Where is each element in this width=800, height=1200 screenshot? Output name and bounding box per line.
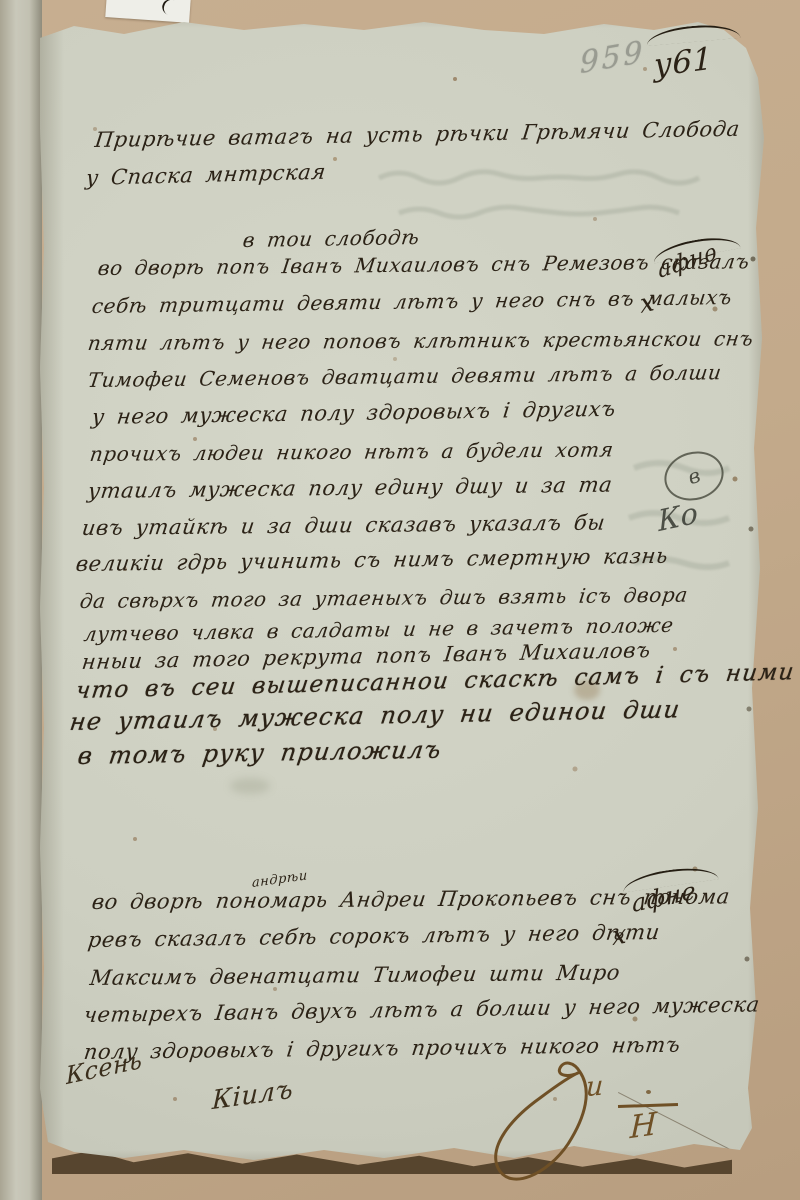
bleedthrough-marks bbox=[374, 158, 734, 238]
margin-mark: х bbox=[611, 919, 627, 952]
ink-dot bbox=[646, 1090, 651, 1094]
subheading: в тои слободѣ bbox=[242, 225, 422, 252]
folio-number-ink: у61 bbox=[654, 41, 713, 84]
margin-oval-letter: в bbox=[685, 463, 703, 489]
paper-slip bbox=[105, 0, 190, 23]
slip-ink-mark bbox=[160, 0, 183, 19]
margin-mark: х bbox=[639, 287, 656, 320]
manuscript-line: пяти лѣтъ у него поповъ клѣтникъ крестья… bbox=[86, 326, 755, 355]
signature-flourish-letter: и bbox=[585, 1070, 605, 1103]
book-spine bbox=[0, 0, 42, 1200]
signature-under-bar-letter: Н bbox=[629, 1106, 658, 1146]
paper-stain bbox=[230, 778, 270, 794]
manuscript-line: прочихъ людеи никого нѣтъ а будели хотя bbox=[88, 437, 615, 466]
